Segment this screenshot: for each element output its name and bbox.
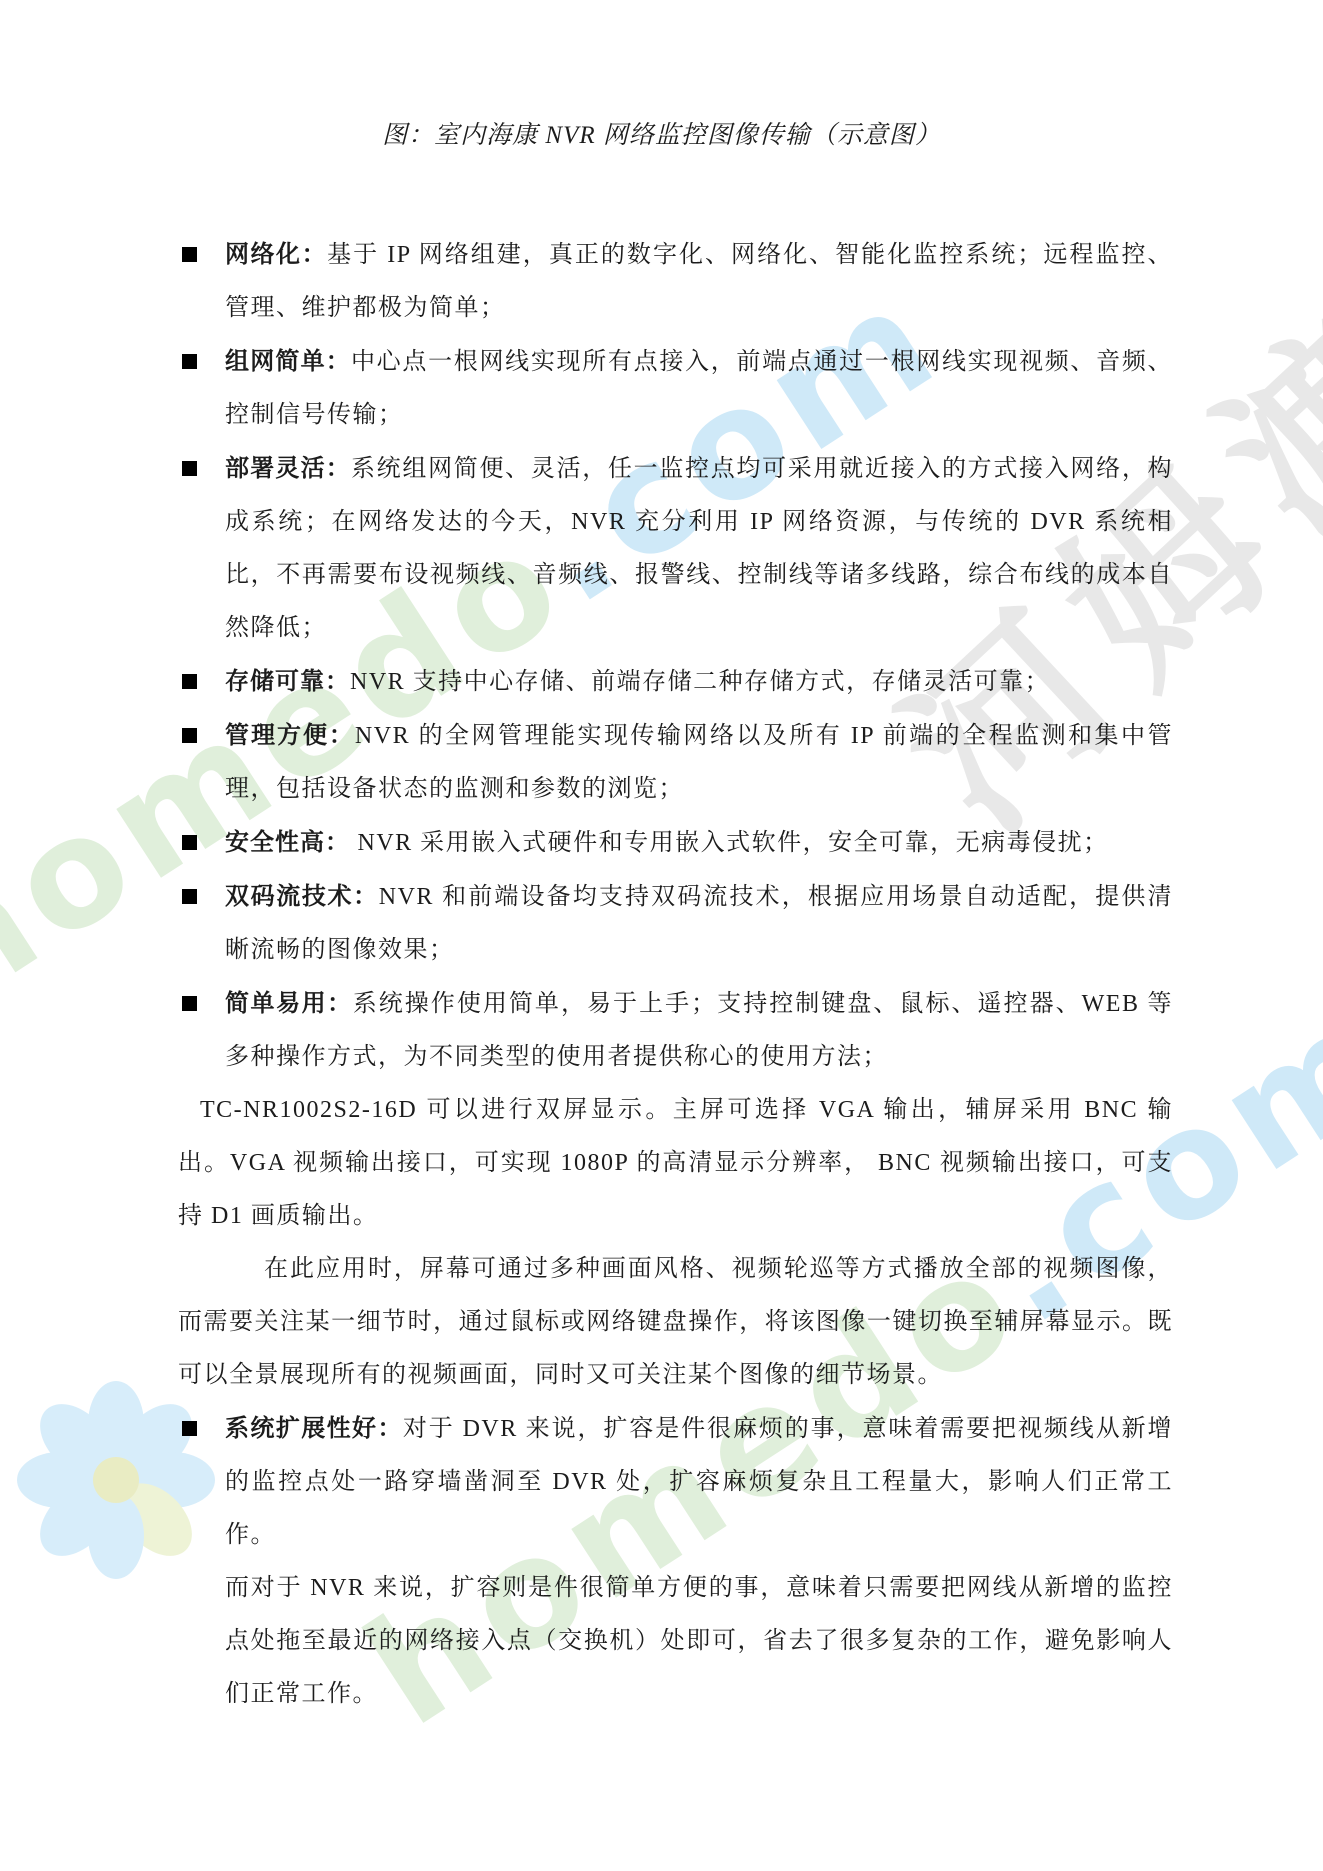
paragraph-screen-usage: 在此应用时，屏幕可通过多种画面风格、视频轮巡等方式播放全部的视频图像，而需要关注… [178,1243,1173,1402]
bullet-square-icon [182,835,197,850]
bullet-square-icon [182,728,197,743]
bullet-item-dual-stream: 双码流技术：NVR 和前端设备均支持双码流技术，根据应用场景自动适配，提供清晰流… [150,870,1173,977]
bullet-label: 安全性高： [225,828,350,856]
bullet-text: 系统操作使用简单，易于上手；支持控制键盘、鼠标、遥控器、WEB 等多种操作方式，… [225,991,1173,1070]
document-page: 图：室内海康 NVR 网络监控图像传输（示意图） 网络化：基于 IP 网络组建，… [150,118,1173,1721]
bullet-text: 中心点一根网线实现所有点接入，前端点通过一根网线实现视频、音频、控制信号传输； [225,349,1173,428]
bullet-item-easy-to-use: 简单易用：系统操作使用简单，易于上手；支持控制键盘、鼠标、遥控器、WEB 等多种… [150,977,1173,1084]
bullet-item-reliable-storage: 存储可靠：NVR 支持中心存储、前端存储二种存储方式，存储灵活可靠； [150,655,1173,709]
bullet-item-scalability: 系统扩展性好：对于 DVR 来说，扩容是件很麻烦的事，意味着需要把视频线从新增的… [150,1402,1173,1721]
bullet-label: 存储可靠： [225,667,350,695]
bullet-label: 组网简单： [225,347,351,375]
bullet-text: 系统组网简便、灵活，任一监控点均可采用就近接入的方式接入网络，构成系统；在网络发… [225,456,1173,641]
bullet-text: NVR 的全网管理能实现传输网络以及所有 IP 前端的全程监测和集中管理，包括设… [225,723,1173,802]
bullet-square-icon [182,247,197,262]
bullet-label: 网络化： [225,240,327,268]
bullet-item-high-security: 安全性高： NVR 采用嵌入式硬件和专用嵌入式软件，安全可靠，无病毒侵扰； [150,816,1173,870]
bullet-item-easy-management: 管理方便：NVR 的全网管理能实现传输网络以及所有 IP 前端的全程监测和集中管… [150,709,1173,816]
figure-caption: 图：室内海康 NVR 网络监控图像传输（示意图） [150,118,1173,154]
bullet-square-icon [182,1421,197,1436]
bullet-label: 管理方便： [225,721,355,749]
bullet-item-flexible-deployment: 部署灵活：系统组网简便、灵活，任一监控点均可采用就近接入的方式接入网络，构成系统… [150,442,1173,655]
flower-petal [88,1381,144,1467]
flower-petal [88,1493,144,1579]
bullet-square-icon [182,996,197,1011]
bullet-item-simple-networking: 组网简单：中心点一根网线实现所有点接入，前端点通过一根网线实现视频、音频、控制信… [150,335,1173,442]
bullet-label: 部署灵活： [225,454,351,482]
bullet-text: 基于 IP 网络组建，真正的数字化、网络化、智能化监控系统；远程监控、管理、维护… [225,242,1173,321]
flower-center [93,1457,139,1503]
bullet-text: NVR 支持中心存储、前端存储二种存储方式，存储灵活可靠； [350,669,1050,695]
bullet-text: NVR 采用嵌入式硬件和专用嵌入式软件，安全可靠，无病毒侵扰； [350,830,1109,856]
bullet-square-icon [182,354,197,369]
bullet-square-icon [182,674,197,689]
flower-petal [17,1452,103,1508]
bullet-square-icon [182,461,197,476]
bullet-label: 系统扩展性好： [225,1414,403,1442]
flower-petal [26,1469,126,1569]
bullet-item-networked: 网络化：基于 IP 网络组建，真正的数字化、网络化、智能化监控系统；远程监控、管… [150,228,1173,335]
bullet-label: 简单易用： [225,989,353,1017]
flower-petal [26,1390,126,1490]
bullet-continuation-text: 而对于 NVR 来说，扩容则是件很简单方便的事，意味着只需要把网线从新增的监控点… [225,1562,1173,1721]
paragraph-dual-screen: TC-NR1002S2-16D 可以进行双屏显示。主屏可选择 VGA 输出，辅屏… [178,1084,1173,1243]
bullet-list: 网络化：基于 IP 网络组建，真正的数字化、网络化、智能化监控系统；远程监控、管… [150,228,1173,1721]
bullet-square-icon [182,889,197,904]
bullet-label: 双码流技术： [225,882,379,910]
